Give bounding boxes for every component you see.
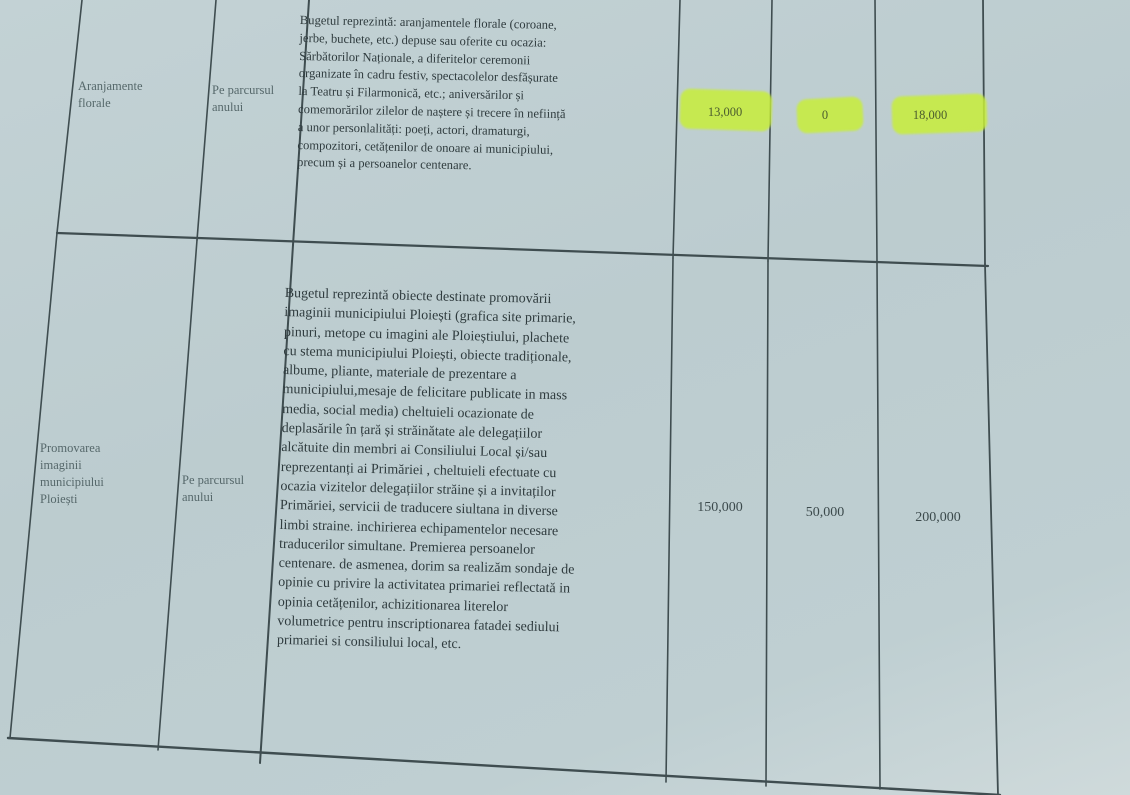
activity-cell: Promovarea imaginii municipiului Ploieșt… xyxy=(40,440,104,508)
period-cell: Pe parcursul anului xyxy=(212,82,274,116)
total-cell: 18,000 xyxy=(895,108,965,123)
total-cell: 200,000 xyxy=(898,510,978,526)
description-cell: Bugetul reprezintă obiecte destinate pro… xyxy=(277,284,675,659)
activity-cell: Aranjamente florale xyxy=(78,78,143,112)
value-1-cell: 13,000 xyxy=(690,105,760,120)
value-2-cell: 50,000 xyxy=(790,505,860,521)
value-2-cell: 0 xyxy=(800,108,850,123)
period-cell: Pe parcursul anului xyxy=(182,472,244,506)
value-1-cell: 150,000 xyxy=(680,500,760,516)
description-cell: Bugetul reprezintă: aranjamentele floral… xyxy=(297,12,680,179)
